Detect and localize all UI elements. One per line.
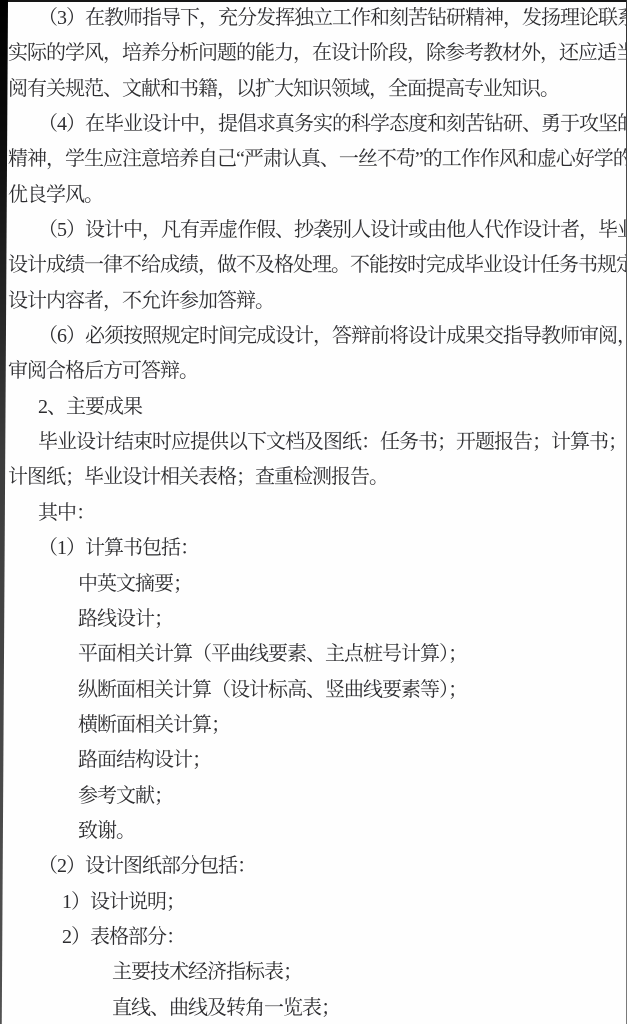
text-line: 优良学风。 [0, 178, 627, 213]
text-line: 路面结构设计； [0, 743, 627, 778]
text-line: 主要技术经济指标表； [0, 955, 627, 990]
page-border-top [0, 0, 627, 2]
text-line: 精神，学生应注意培养自己“严肃认真、一丝不苟”的工作作风和虚心好学的 [0, 142, 627, 177]
document-body: （3）在教师指导下，充分发挥独立工作和刻苦钻研精神，发扬理论联系实际的学风，培养… [0, 0, 627, 1024]
text-line: 中英文摘要； [0, 567, 627, 602]
text-line: 纵断面相关计算（设计标高、竖曲线要素等）； [0, 673, 627, 708]
document-page: （3）在教师指导下，充分发挥独立工作和刻苦钻研精神，发扬理论联系实际的学风，培养… [0, 0, 627, 1024]
text-line: 致谢。 [0, 814, 627, 849]
text-line: 设计成绩一律不给成绩，做不及格处理。不能按时完成毕业设计任务书规定的 [0, 248, 627, 283]
text-line: 阅有关规范、文献和书籍，以扩大知识领域，全面提高专业知识。 [0, 72, 627, 107]
text-line: （2）设计图纸部分包括： [0, 849, 627, 884]
text-line: （1）计算书包括： [0, 531, 627, 566]
text-line: 2）表格部分： [0, 920, 627, 955]
text-line: 横断面相关计算； [0, 708, 627, 743]
text-line: （4）在毕业设计中，提倡求真务实的科学态度和刻苦钻研、勇于攻坚的 [0, 107, 627, 142]
text-line: 2、主要成果 [0, 390, 627, 425]
text-line: 1）设计说明； [0, 885, 627, 920]
text-line: （3）在教师指导下，充分发挥独立工作和刻苦钻研精神，发扬理论联系 [0, 1, 627, 36]
text-line: 直线、曲线及转角一览表； [0, 991, 627, 1024]
text-line: 审阅合格后方可答辩。 [0, 354, 627, 389]
text-line: 其中： [0, 496, 627, 531]
text-line: （5）设计中，凡有弄虚作假、抄袭别人设计或由他人代作设计者，毕业 [0, 213, 627, 248]
text-line: （6）必须按照规定时间完成设计，答辩前将设计成果交指导教师审阅， [0, 319, 627, 354]
text-line: 毕业设计结束时应提供以下文档及图纸：任务书；开题报告；计算书；设 [0, 425, 627, 460]
text-line: 实际的学风，培养分析问题的能力，在设计阶段，除参考教材外，还应适当查 [0, 36, 627, 71]
text-line: 路线设计； [0, 602, 627, 637]
text-line: 计图纸；毕业设计相关表格；查重检测报告。 [0, 460, 627, 495]
text-line: 平面相关计算（平曲线要素、主点桩号计算）； [0, 637, 627, 672]
text-line: 参考文献； [0, 779, 627, 814]
text-line: 设计内容者，不允许参加答辩。 [0, 284, 627, 319]
